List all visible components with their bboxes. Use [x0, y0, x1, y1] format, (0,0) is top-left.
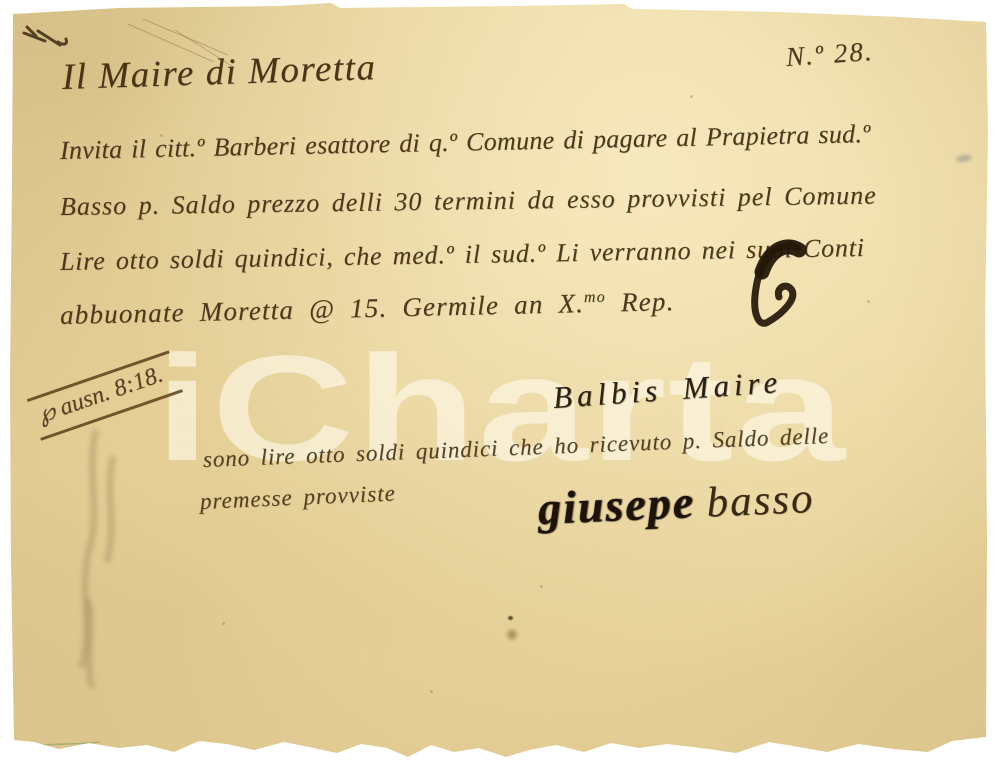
- paper-sheet: iCharta: [0, 0, 1000, 780]
- ink-paraph-flourish: [0, 0, 1000, 780]
- scanned-manuscript: iCharta: [0, 0, 1000, 780]
